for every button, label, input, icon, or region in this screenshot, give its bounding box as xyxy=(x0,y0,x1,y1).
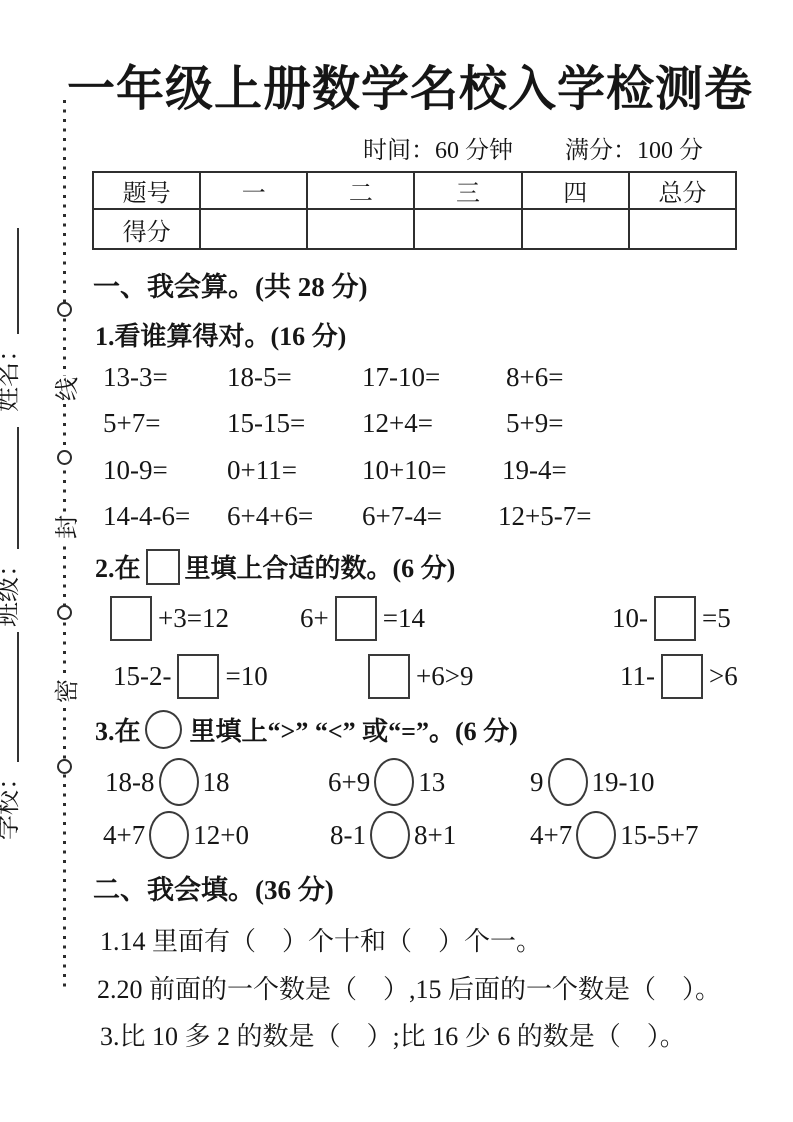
seal-line-circle xyxy=(57,450,72,465)
score-table-header-cell: 四 xyxy=(522,172,629,209)
score-table-header-row: 题号 一 二 三 四 总分 xyxy=(93,172,736,209)
score-input-cell xyxy=(522,209,629,249)
student-class-label: 班级： xyxy=(0,552,24,627)
score-table-header-cell: 一 xyxy=(200,172,307,209)
page-title: 一年级上册数学名校入学检测卷 xyxy=(60,50,760,119)
math-problem: 15-15= xyxy=(227,408,305,439)
math-row: 14-4-6= 6+4+6= 6+7-4= 12+5-7= xyxy=(0,501,793,535)
math-problem: 5+9= xyxy=(506,408,563,439)
score-row-label: 得分 xyxy=(93,209,200,249)
fill-blank-question: 2.20 前面的一个数是（ ）,15 后面的一个数是（ ）。 xyxy=(97,969,721,1006)
score-input-cell xyxy=(414,209,521,249)
student-school-field: 学校： xyxy=(0,632,24,840)
seal-char: 密 xyxy=(49,678,79,704)
compare-circle xyxy=(370,811,410,859)
full-score: 满分：100 分 xyxy=(565,138,703,164)
answer-box xyxy=(661,654,703,699)
math-problem: 12+5-7= xyxy=(498,501,591,532)
q2-heading-pre: 2.在 xyxy=(95,548,141,585)
score-table-header-cell: 总分 xyxy=(629,172,736,209)
compare-problem: 18-818 xyxy=(105,758,230,806)
seal-line-circle xyxy=(57,302,72,317)
school-blank-line xyxy=(17,632,19,762)
score-input-cell xyxy=(200,209,307,249)
q3-heading-pre: 3.在 xyxy=(95,711,141,748)
blank-circle-icon xyxy=(145,710,182,749)
seal-char: 封 xyxy=(49,514,79,540)
seal-char: 线 xyxy=(49,376,79,402)
compare-circle xyxy=(374,758,414,806)
math-problem: 13-3= xyxy=(103,362,168,393)
math-problem: 18-5= xyxy=(227,362,292,393)
q1-heading: 1.看谁算得对。(16 分) xyxy=(95,316,346,353)
section2-heading: 二、我会填。(36 分) xyxy=(93,868,334,907)
math-problem: 10-9= xyxy=(103,455,168,486)
answer-box xyxy=(110,596,152,641)
exam-meta: 时间：60 分钟满分：100 分 xyxy=(363,130,703,165)
fill-box-problem: 11->6 xyxy=(620,654,738,699)
math-problem: 6+4+6= xyxy=(227,501,313,532)
fill-box-problem: +6>9 xyxy=(362,654,473,699)
compare-circle xyxy=(159,758,199,806)
fill-box-problem: 10-=5 xyxy=(612,596,731,641)
compare-problem: 919-10 xyxy=(530,758,655,806)
fill-box-problem: 15-2-=10 xyxy=(113,654,268,699)
math-problem: 19-4= xyxy=(502,455,567,486)
q3-heading-post: 里填上“>” “<” 或“=”。(6 分) xyxy=(190,711,518,748)
compare-problem: 8-18+1 xyxy=(330,811,456,859)
math-row: 10-9= 0+11= 10+10= 19-4= xyxy=(0,455,793,489)
exam-paper: 线 封 密 姓名： 班级： 学校： 一年级上册数学名校入学检测卷 时间：60 分… xyxy=(0,0,793,1122)
compare-problem: 6+913 xyxy=(328,758,445,806)
answer-box xyxy=(177,654,219,699)
score-table-header-cell: 题号 xyxy=(93,172,200,209)
name-blank-line xyxy=(17,228,19,334)
answer-box xyxy=(335,596,377,641)
seal-line-circle xyxy=(57,605,72,620)
compare-circle xyxy=(576,811,616,859)
math-problem: 6+7-4= xyxy=(362,501,442,532)
compare-circle xyxy=(149,811,189,859)
math-problem: 14-4-6= xyxy=(103,501,190,532)
compare-problem: 4+712+0 xyxy=(103,811,249,859)
seal-line-circle xyxy=(57,759,72,774)
math-row: 13-3= 18-5= 17-10= 8+6= xyxy=(0,362,793,396)
score-table-score-row: 得分 xyxy=(93,209,736,249)
fill-blank-question: 3.比 10 多 2 的数是（ ）;比 16 少 6 的数是（ ）。 xyxy=(100,1016,686,1053)
answer-box xyxy=(368,654,410,699)
math-problem: 8+6= xyxy=(506,362,563,393)
score-table-header-cell: 三 xyxy=(414,172,521,209)
blank-box-icon xyxy=(146,549,180,585)
q2-heading: 2.在里填上合适的数。(6 分) xyxy=(95,548,455,585)
math-problem: 5+7= xyxy=(103,408,160,439)
score-input-cell xyxy=(629,209,736,249)
time-limit: 时间：60 分钟 xyxy=(363,138,513,164)
score-table-header-cell: 二 xyxy=(307,172,414,209)
q3-heading: 3.在里填上“>” “<” 或“=”。(6 分) xyxy=(95,710,518,749)
answer-box xyxy=(654,596,696,641)
score-input-cell xyxy=(307,209,414,249)
q2-heading-post: 里填上合适的数。(6 分) xyxy=(185,548,456,585)
fill-blank-question: 1.14 里面有（ ）个十和（ ）个一。 xyxy=(100,921,542,958)
seal-dotted-line xyxy=(63,100,66,993)
fill-box-problem: +3=12 xyxy=(104,596,229,641)
student-school-label: 学校： xyxy=(0,765,24,840)
math-problem: 0+11= xyxy=(227,455,297,486)
fill-box-problem: 6+=14 xyxy=(300,596,425,641)
compare-problem: 4+715-5+7 xyxy=(530,811,698,859)
compare-circle xyxy=(548,758,588,806)
section1-heading: 一、我会算。(共 28 分) xyxy=(93,265,367,304)
math-problem: 10+10= xyxy=(362,455,446,486)
math-row: 5+7= 15-15= 12+4= 5+9= xyxy=(0,408,793,442)
math-problem: 17-10= xyxy=(362,362,440,393)
score-table: 题号 一 二 三 四 总分 得分 xyxy=(92,171,737,250)
math-problem: 12+4= xyxy=(362,408,433,439)
